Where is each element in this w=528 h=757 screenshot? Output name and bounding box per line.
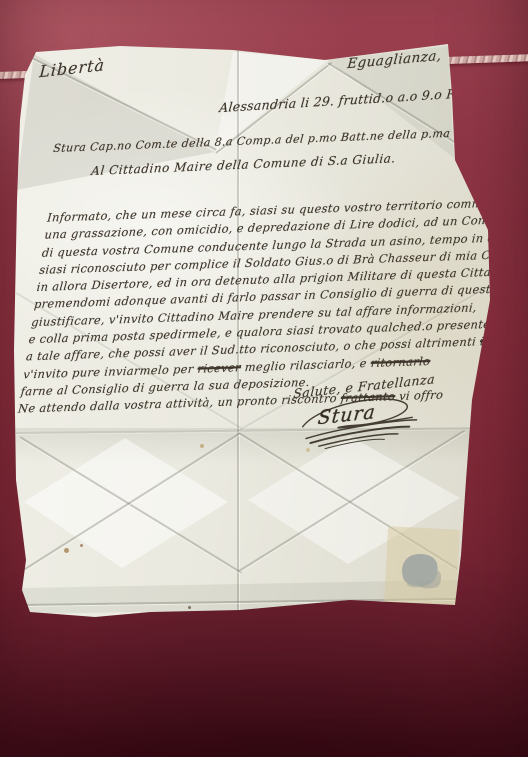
motto-eguaglianza: Eguaglianza, bbox=[347, 48, 443, 72]
struck-text: ricever bbox=[197, 360, 242, 375]
foxing-spot bbox=[200, 444, 204, 448]
struck-text: il nome bbox=[479, 333, 525, 349]
foxing-spot bbox=[188, 606, 191, 609]
foxing-spot bbox=[80, 544, 83, 547]
photo-background: Libertà Eguaglianza, Alessandria li 29. … bbox=[0, 0, 528, 757]
letter-paper: Libertà Eguaglianza, Alessandria li 29. … bbox=[10, 40, 502, 625]
addressee-line: Al Cittadino Maire della Comune di S.a G… bbox=[91, 151, 397, 178]
fold-crease-lower-1 bbox=[19, 436, 242, 574]
foxing-spot bbox=[64, 548, 69, 553]
motto-liberta: Libertà bbox=[39, 55, 106, 81]
dateline: Alessandria li 29. fruttid.o a.o 9.o Rep… bbox=[219, 84, 485, 115]
stain-patch bbox=[384, 526, 460, 610]
sender-line: Stura Cap.no Com.te della 8.a Comp.a del… bbox=[53, 124, 514, 155]
struck-text: ritornarlo bbox=[370, 354, 431, 370]
body-text: meglio rilasciarlo, e bbox=[240, 356, 371, 374]
ink-stain-blob bbox=[400, 551, 441, 588]
